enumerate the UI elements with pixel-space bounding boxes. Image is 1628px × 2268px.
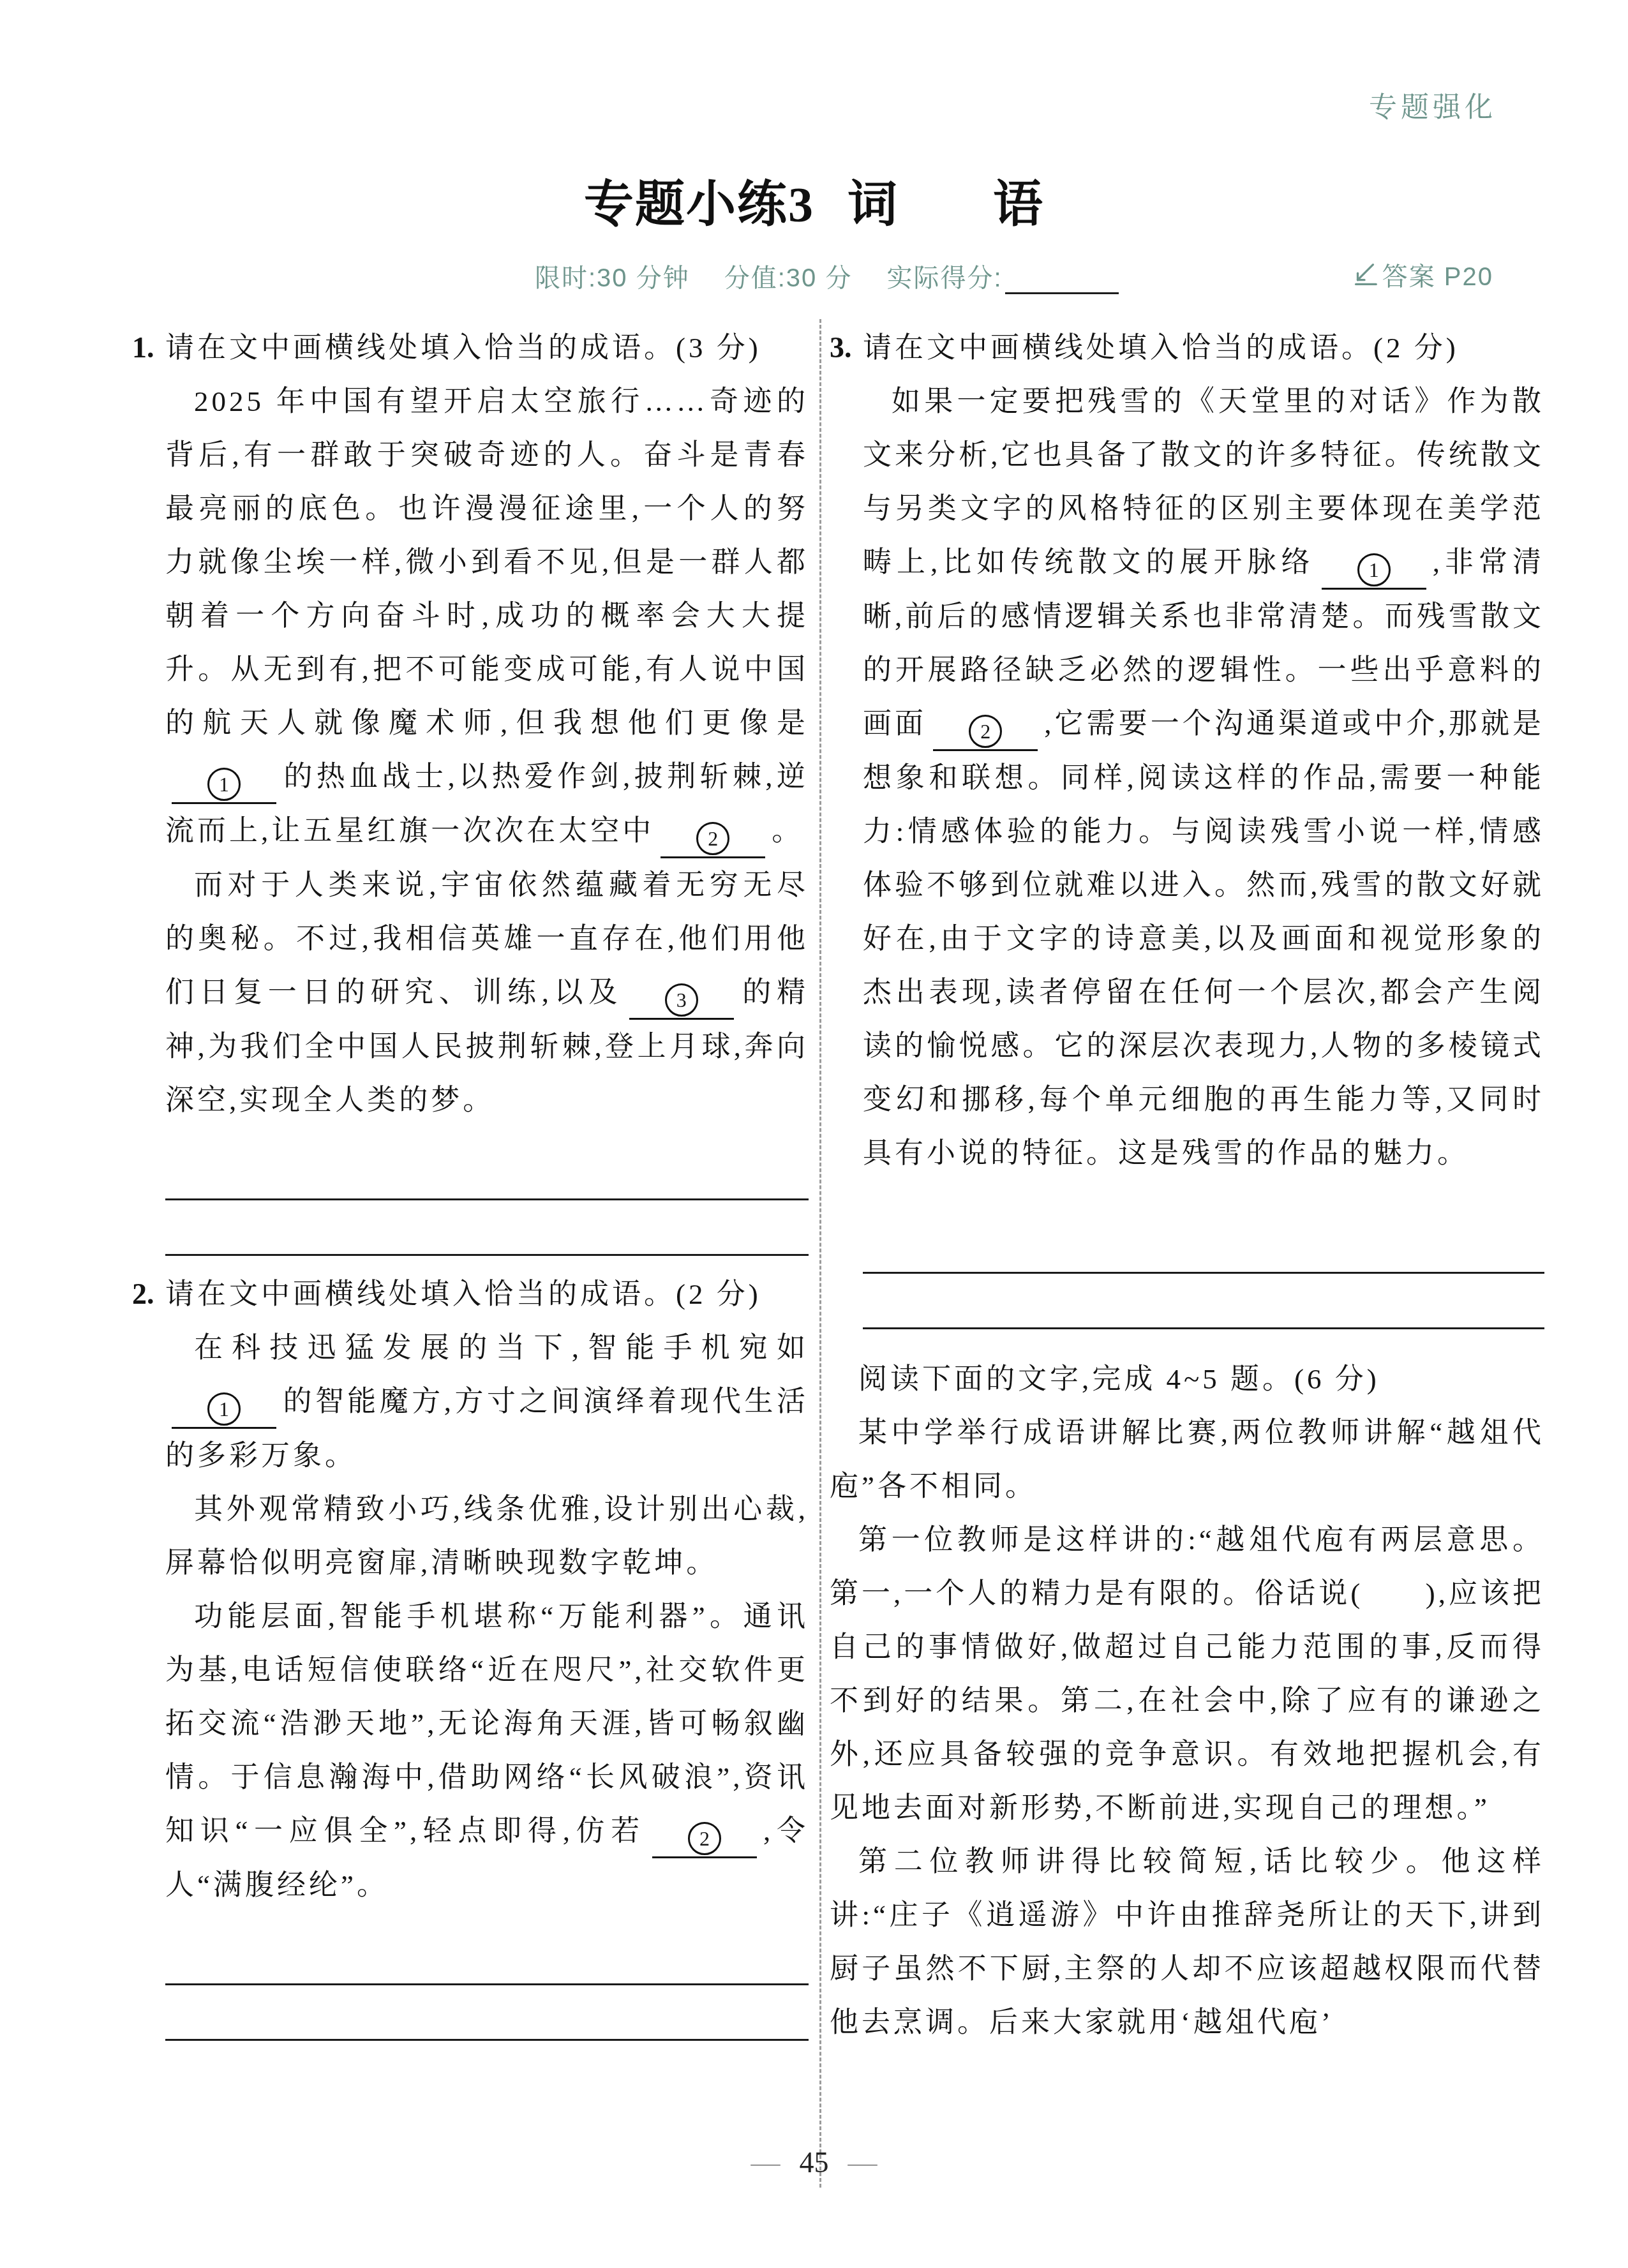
fill-blank-underline: 2 [933, 707, 1038, 751]
answer-line [863, 1274, 1544, 1329]
answer-line [165, 1985, 809, 2041]
text-segment: 2025 年中国有望开启太空旅行……奇迹的背后,有一群敢于突破奇迹的人。奋斗是青… [165, 385, 809, 739]
circled-number-1: 1 [1357, 553, 1391, 586]
question-3-answer-area [863, 1218, 1544, 1329]
reading-paragraph-3: 第二位教师讲得比较简短,话比较少。他这样讲:“庄子《逍遥游》中许由推辞尧所让的天… [830, 1835, 1544, 2049]
title-part-1: 专题小练3 [584, 177, 814, 232]
answer-arrow-icon [1350, 260, 1380, 290]
reading-paragraph-1: 某中学举行成语讲解比赛,两位教师讲解“越俎代庖”各不相同。 [830, 1406, 1544, 1513]
reading-section: 阅读下面的文字,完成 4~5 题。(6 分) 某中学举行成语讲解比赛,两位教师讲… [830, 1352, 1544, 2049]
question-1-paragraph-2: 而对于人类来说,宇宙依然蕴藏着无穷无尽的奥秘。不过,我相信英雄一直存在,他们用他… [165, 858, 809, 1127]
fill-blank-underline: 2 [661, 814, 765, 858]
question-1-number: 1. [132, 321, 154, 375]
question-1-prompt: 请在文中画横线处填入恰当的成语。(3 分) [165, 321, 809, 375]
question-2-paragraph-2: 其外观常精致小巧,线条优雅,设计别出心裁,屏幕恰似明亮窗扉,清晰映现数字乾坤。 [165, 1482, 809, 1590]
answer-line [165, 1930, 809, 1985]
answer-ref-label: 答案 P20 [1382, 257, 1493, 293]
question-2-number: 2. [132, 1267, 154, 1321]
question-1: 1. 请在文中画横线处填入恰当的成语。(3 分) 2025 年中国有望开启太空旅… [132, 321, 809, 1256]
reading-intro: 阅读下面的文字,完成 4~5 题。(6 分) [830, 1352, 1544, 1406]
question-2-paragraph-3: 功能层面,智能手机堪称“万能利器”。通讯为基,电话短信使联络“近在咫尺”,社交软… [165, 1590, 809, 1912]
fill-blank-underline: 3 [629, 976, 734, 1020]
question-3-prompt: 请在文中画横线处填入恰当的成语。(2 分) [863, 321, 1544, 375]
fill-blank-underline: 1 [1322, 546, 1426, 590]
circled-number-2: 2 [688, 1822, 721, 1855]
question-2-answer-area [165, 1930, 809, 2041]
answer-line [165, 1145, 809, 1200]
title-part-3: 语 [993, 177, 1044, 232]
question-2-paragraph-1: 在科技迅猛发展的当下,智能手机宛如1的智能魔方,方寸之间演绎着现代生活的多彩万象… [165, 1321, 809, 1482]
actual-score: 实际得分: [886, 258, 1118, 294]
total-score-label: 分值:30 分 [724, 258, 853, 294]
text-segment: ,它需要一个沟通渠道或中介,那就是想象和联想。同样,阅读这样的作品,需要一种能力… [863, 708, 1544, 1169]
circled-number-2: 2 [969, 715, 1002, 748]
meta-row: 限时:30 分钟分值:30 分实际得分: [535, 258, 1119, 294]
footer-dash-right: — [848, 2146, 877, 2179]
question-3-paragraph-1: 如果一定要把残雪的《天堂里的对话》作为散文来分析,它也具备了散文的许多特征。传统… [863, 375, 1544, 1180]
circled-number-1: 1 [207, 768, 241, 801]
time-limit-label: 限时:30 分钟 [535, 258, 690, 294]
footer-dash-left: — [751, 2146, 780, 2179]
right-column: 3. 请在文中画横线处填入恰当的成语。(2 分) 如果一定要把残雪的《天堂里的对… [830, 321, 1544, 2267]
text-segment: 在科技迅猛发展的当下,智能手机宛如 [194, 1332, 809, 1364]
reading-paragraph-2: 第一位教师是这样讲的:“越俎代庖有两层意思。第一,一个人的精力是有限的。俗话说(… [830, 1513, 1544, 1835]
answer-reference: 答案 P20 [1350, 257, 1493, 293]
question-3-number: 3. [830, 321, 852, 375]
title-part-2: 词 [848, 177, 899, 232]
fill-blank-underline: 1 [172, 760, 276, 804]
text-segment: 其外观常精致小巧,线条优雅,设计别出心裁,屏幕恰似明亮窗扉,清晰映现数字乾坤。 [165, 1493, 809, 1579]
corner-tag: 专题强化 [1369, 84, 1497, 125]
page-footer: —45— [0, 2145, 1628, 2179]
question-1-answer-area [165, 1145, 809, 1256]
actual-score-label: 实际得分: [886, 264, 1002, 292]
question-1-paragraph-1: 2025 年中国有望开启太空旅行……奇迹的背后,有一群敢于突破奇迹的人。奋斗是青… [165, 375, 809, 858]
question-3: 3. 请在文中画横线处填入恰当的成语。(2 分) 如果一定要把残雪的《天堂里的对… [830, 321, 1544, 1329]
text-segment: 。 [772, 815, 803, 847]
circled-number-2: 2 [696, 822, 729, 855]
page-number: 45 [800, 2146, 829, 2179]
circled-number-3: 3 [665, 983, 698, 1017]
left-column: 1. 请在文中画横线处填入恰当的成语。(3 分) 2025 年中国有望开启太空旅… [132, 321, 809, 2267]
circled-number-1: 1 [207, 1392, 241, 1426]
question-2-prompt: 请在文中画横线处填入恰当的成语。(2 分) [165, 1267, 809, 1321]
text-segment: 功能层面,智能手机堪称“万能利器”。通讯为基,电话短信使联络“近在咫尺”,社交软… [165, 1600, 809, 1847]
question-2: 2. 请在文中画横线处填入恰当的成语。(2 分) 在科技迅猛发展的当下,智能手机… [132, 1267, 809, 2041]
answer-line [165, 1200, 809, 1256]
fill-blank-underline: 1 [172, 1385, 276, 1429]
answer-line [863, 1218, 1544, 1274]
page-title: 专题小练3词语 [0, 165, 1628, 236]
fill-blank-underline: 2 [652, 1814, 757, 1858]
column-divider [819, 319, 821, 2188]
score-blank-line [1005, 265, 1119, 294]
